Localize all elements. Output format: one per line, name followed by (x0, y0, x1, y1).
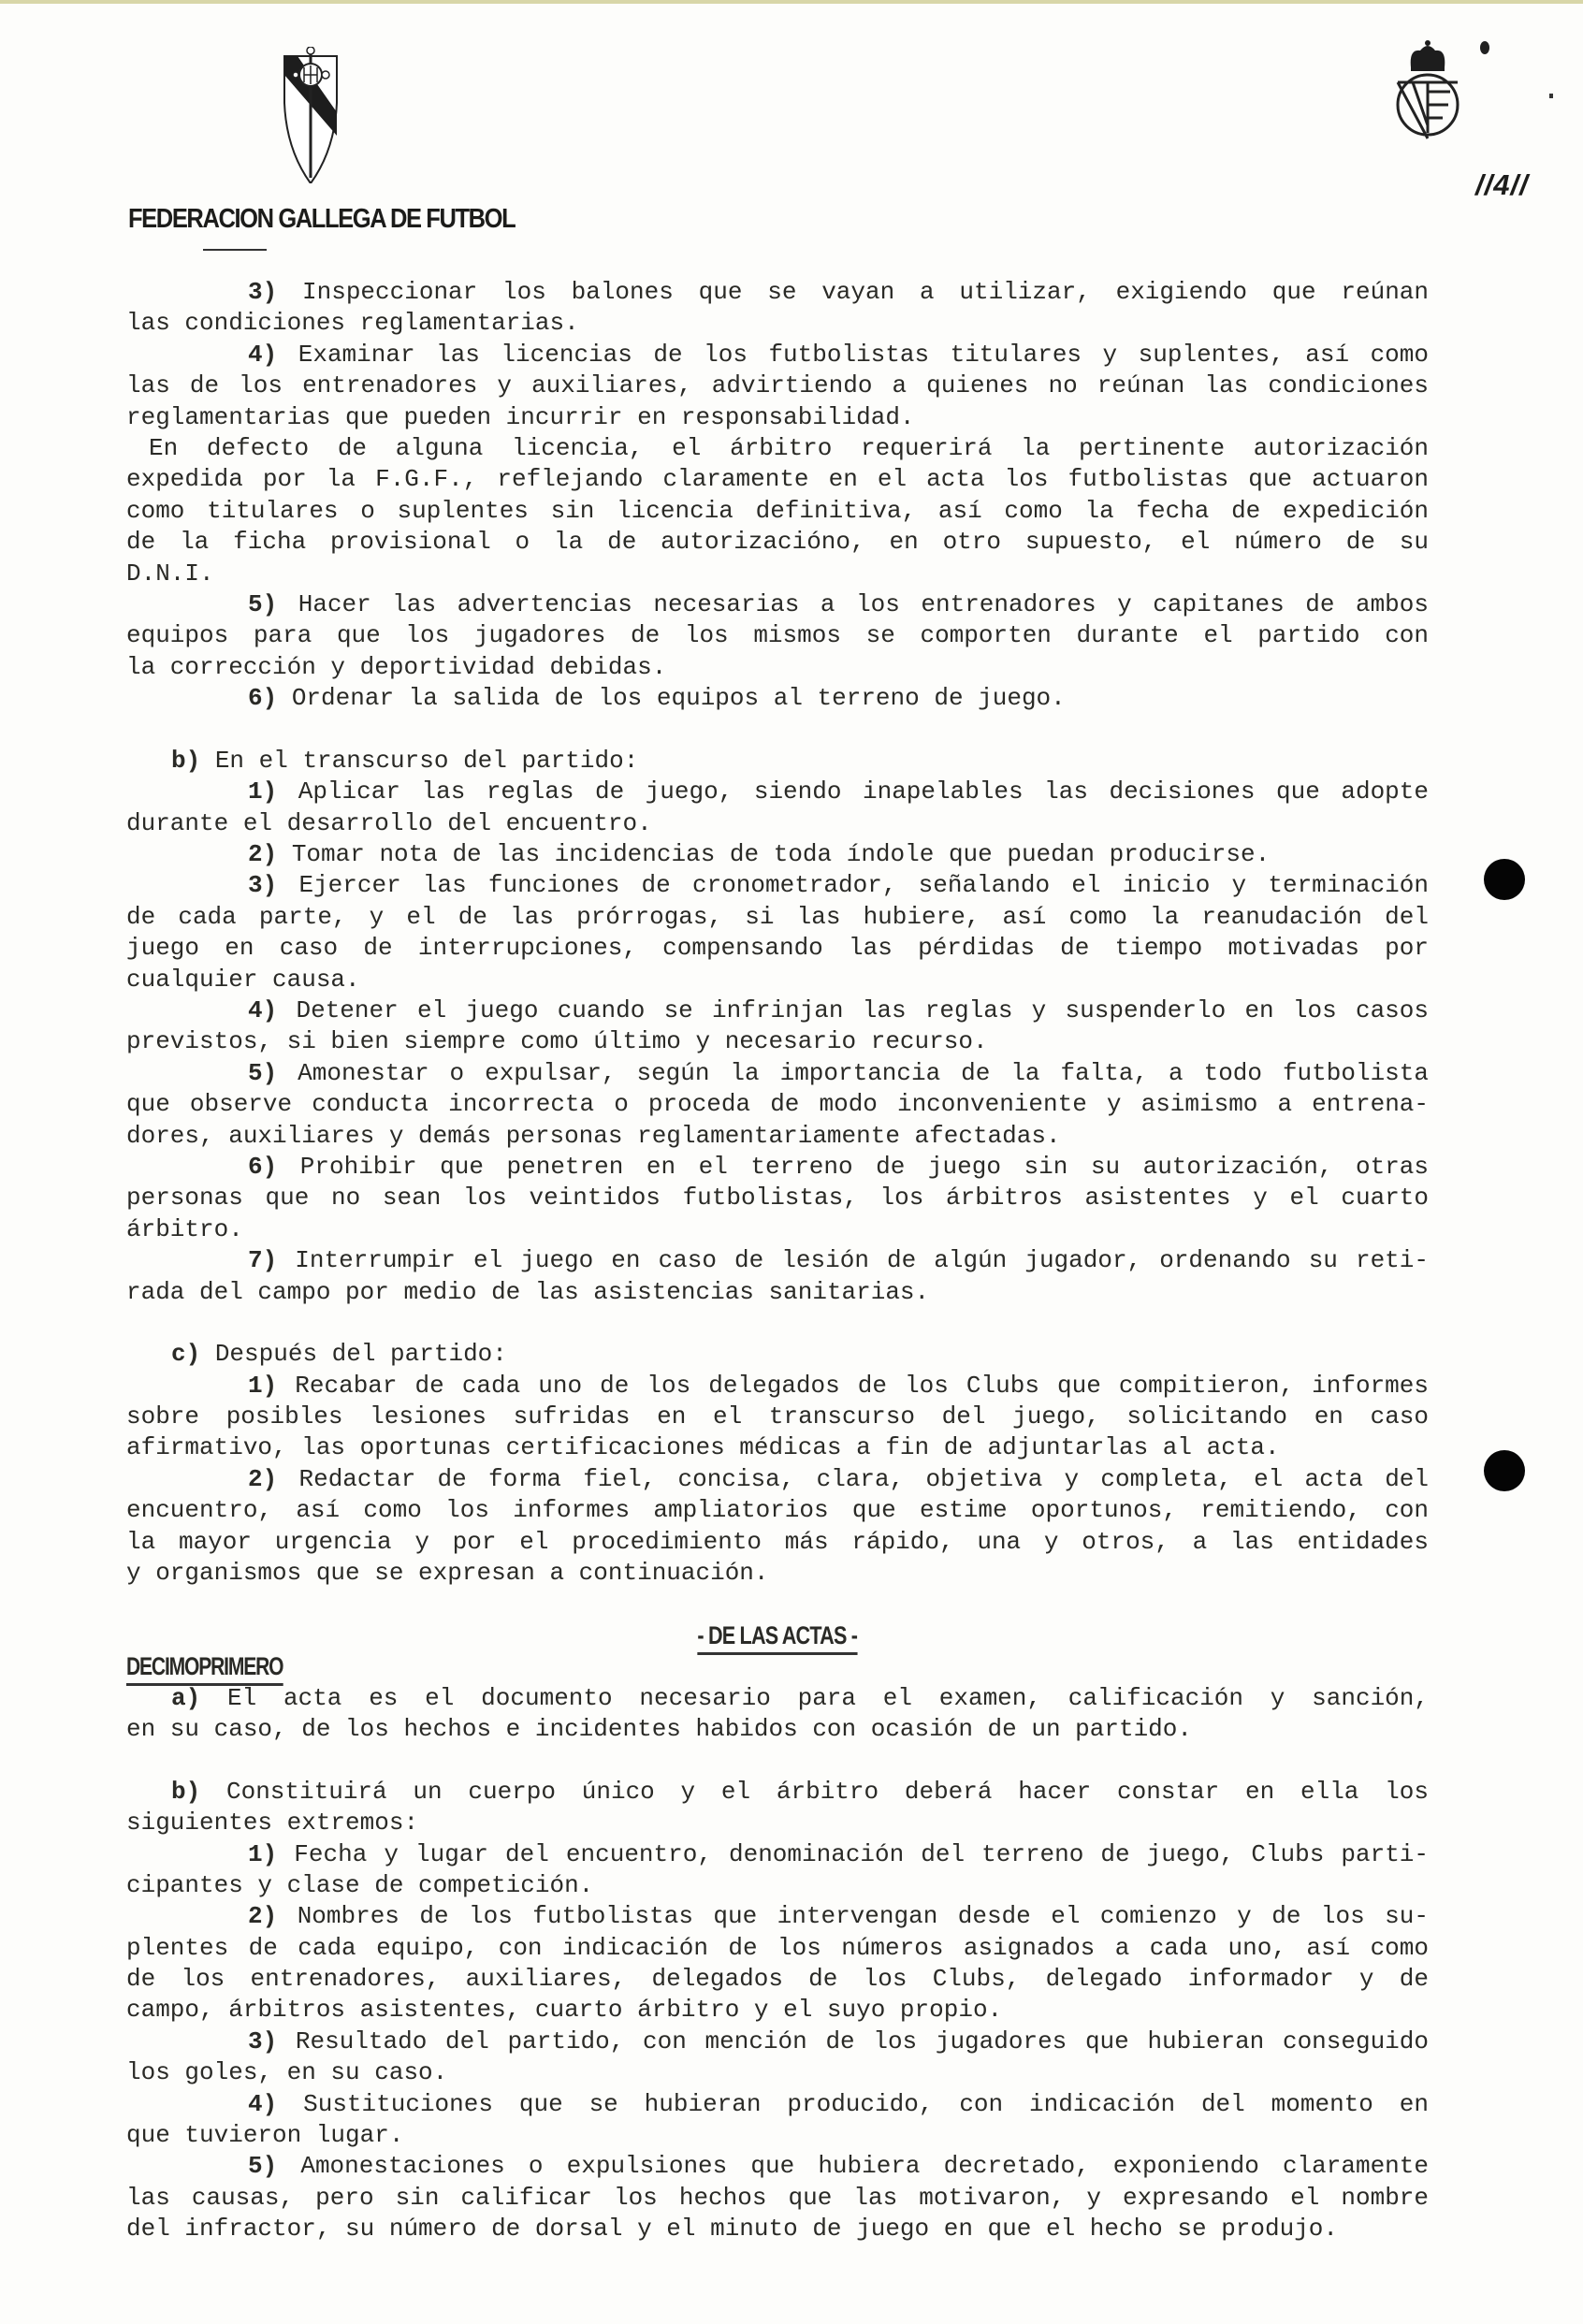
list-item-cont: las causas, pero sin calificar los hecho… (126, 2183, 1429, 2214)
list-item-cont: dores, auxiliares y demás personas regla… (126, 1121, 1429, 1152)
list-item-cont: reglamentarias que pueden incurrir en re… (126, 402, 1429, 433)
list-item-cont: que observe conducta incorrecta o proced… (126, 1089, 1429, 1120)
scan-edge (0, 0, 1583, 4)
header-rule (203, 249, 267, 251)
list-item: 6) Ordenar la salida de los equipos al t… (126, 683, 1429, 714)
list-item: 1) Fecha y lugar del encuentro, denomina… (126, 1839, 1429, 1870)
list-item-cont: juego en caso de interrupciones, compens… (126, 933, 1429, 964)
galician-shield-logo-icon (283, 47, 341, 183)
list-item-cont: la corrección y deportividad debidas. (126, 652, 1429, 683)
list-item-cont: que tuvieron lugar. (126, 2120, 1429, 2151)
subsection-heading: b) En el transcurso del partido: (126, 746, 1429, 777)
list-item-cont: en su caso, de los hechos e incidentes h… (126, 1714, 1429, 1745)
list-item-cont: campo, árbitros asistentes, cuarto árbit… (126, 1995, 1429, 2026)
spacer (126, 1589, 1429, 1620)
list-item-cont: la mayor urgencia y por el procedimiento… (126, 1527, 1429, 1558)
list-item-cont: previstos, si bien siempre como último y… (126, 1026, 1429, 1057)
list-item-cont: cipantes y clase de competición. (126, 1870, 1429, 1901)
article-heading: DECIMOPRIMERO (126, 1651, 1429, 1682)
list-item: 3) Inspeccionar los balones que se vayan… (126, 277, 1429, 308)
list-item: 3) Ejercer las funciones de cronometrado… (126, 870, 1429, 901)
list-item-cont: durante el desarrollo del encuentro. (126, 808, 1429, 839)
scan-speck (1480, 41, 1489, 54)
scan-speck (1549, 94, 1553, 98)
punch-hole-icon (1484, 1450, 1525, 1491)
document-body: 3) Inspeccionar los balones que se vayan… (126, 277, 1429, 2245)
list-item-cont: rada del campo por medio de las asistenc… (126, 1277, 1429, 1308)
list-item-cont: y organismos que se expresan a continuac… (126, 1558, 1429, 1589)
list-item-cont: árbitro. (126, 1214, 1429, 1245)
list-item: 5) Amonestaciones o expulsiones que hubi… (126, 2151, 1429, 2182)
list-item: 5) Hacer las advertencias necesarias a l… (126, 589, 1429, 620)
list-item: 1) Recabar de cada uno de los delegados … (126, 1371, 1429, 1402)
list-item-cont: equipos para que los jugadores de los mi… (126, 620, 1429, 651)
page-number: //4// (1475, 168, 1529, 202)
subsection-heading: c) Después del partido: (126, 1339, 1429, 1370)
list-item: 7) Interrumpir el juego en caso de lesió… (126, 1245, 1429, 1276)
list-item-cont: sobre posibles lesiones sufridas en el t… (126, 1402, 1429, 1432)
paragraph-line: D.N.I. (126, 559, 1429, 589)
list-item: 1) Aplicar las reglas de juego, siendo i… (126, 777, 1429, 807)
list-item-cont: las condiciones reglamentarias. (126, 308, 1429, 339)
list-item-cont: de los entrenadores, auxiliares, delegad… (126, 1964, 1429, 1995)
spacer (126, 714, 1429, 745)
list-item-cont: las de los entrenadores y auxiliares, ad… (126, 370, 1429, 401)
list-item: 3) Resultado del partido, con mención de… (126, 2026, 1429, 2057)
spacer (126, 1308, 1429, 1339)
list-item-cont: personas que no sean los veintidos futbo… (126, 1183, 1429, 1213)
list-item-cont: afirmativo, las oportunas certificacione… (126, 1432, 1429, 1463)
punch-hole-icon (1484, 859, 1525, 900)
paragraph-line: En defecto de alguna licencia, el árbitr… (126, 433, 1429, 464)
organization-name: FEDERACION GALLEGA DE FUTBOL (128, 204, 515, 235)
list-item: 4) Detener el juego cuando se infrinjan … (126, 995, 1429, 1026)
list-item-cont: del infractor, su número de dorsal y el … (126, 2214, 1429, 2244)
list-item-cont: encuentro, así como los informes ampliat… (126, 1495, 1429, 1526)
list-item-cont: cualquier causa. (126, 965, 1429, 995)
list-item: 4) Examinar las licencias de los futboli… (126, 340, 1429, 370)
list-item: 6) Prohibir que penetren en el terreno d… (126, 1152, 1429, 1183)
spacer (126, 1745, 1429, 1776)
paragraph-line: expedida por la F.G.F., reflejando clara… (126, 464, 1429, 495)
list-item-cont: siguientes extremos: (126, 1808, 1429, 1838)
list-item: 2) Tomar nota de las incidencias de toda… (126, 839, 1429, 870)
list-item: a) El acta es el documento necesario par… (126, 1683, 1429, 1714)
paragraph-line: de la ficha provisional o la de autoriza… (126, 527, 1429, 558)
section-heading: - DE LAS ACTAS - (126, 1620, 1429, 1651)
list-item-cont: los goles, en su caso. (126, 2057, 1429, 2088)
paragraph-line: como titulares o suplentes sin licencia … (126, 496, 1429, 527)
list-item: b) Constituirá un cuerpo único y el árbi… (126, 1777, 1429, 1808)
rfef-crown-crest-icon (1394, 39, 1461, 144)
list-item: 5) Amonestar o expulsar, según la import… (126, 1058, 1429, 1089)
list-item: 2) Redactar de forma fiel, concisa, clar… (126, 1464, 1429, 1495)
list-item-cont: de cada parte, y el de las prórrogas, si… (126, 902, 1429, 933)
list-item: 2) Nombres de los futbolistas que interv… (126, 1901, 1429, 1932)
list-item-cont: plentes de cada equipo, con indicación d… (126, 1933, 1429, 1964)
list-item: 4) Sustituciones que se hubieran produci… (126, 2089, 1429, 2120)
